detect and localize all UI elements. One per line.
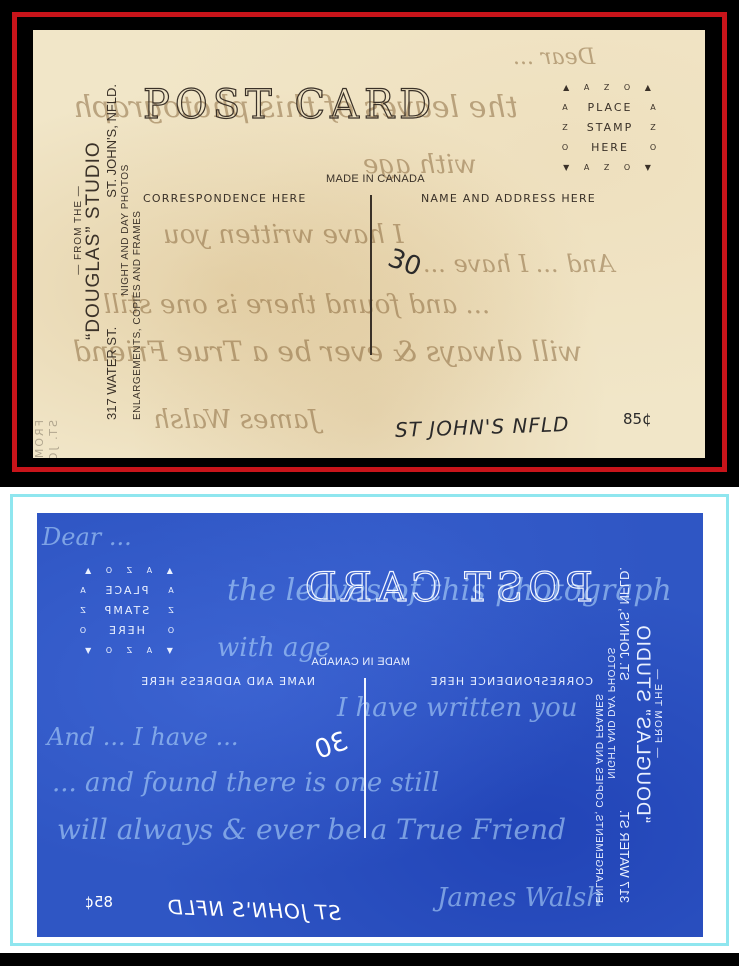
inv-post-card-title: POST CARD <box>300 565 593 611</box>
center-divider <box>370 195 372 355</box>
stamp-border-top: ▲ A Z O ▲ <box>560 78 660 98</box>
inv-stamp-row-top: ▲ A Z O ▲ <box>76 561 176 581</box>
inv-pencil-number: 30 <box>311 726 352 766</box>
inv-pencil-location: ST JOHN'S NFLD <box>166 895 341 925</box>
stamp-edge-left: A <box>560 98 572 118</box>
stamp-row-here: OHEREO <box>560 138 660 158</box>
inverted-postcard: Dear ... the leaves of this photograph w… <box>37 513 703 937</box>
inv-ghost-imprint-line1: FROM THE DOUGLAS CO., <box>701 563 703 903</box>
inv-ghost-imprint: FROM THE DOUGLAS CO., ST. JOHN'S, NFLD. <box>701 563 703 903</box>
ghost-imprint-line1: FROM THE DOUGLAS CO., <box>33 420 47 458</box>
inv-stamp-label-place: PLACE <box>88 581 164 601</box>
inv-pencil-price: 85¢ <box>84 893 113 911</box>
inv-imprint-street: 317 WATER ST. <box>616 810 632 903</box>
bleed-line-4: I have written you <box>163 220 404 250</box>
inv-correspondence-label: CORRESPONDENCE HERE <box>430 675 593 688</box>
inv-stamp-edge-left: A <box>164 581 176 601</box>
stamp-label-here: HERE <box>572 138 648 158</box>
inv-stamp-edge-left: O <box>164 621 176 641</box>
inv-imprint-from-the: — FROM THE — <box>652 563 663 903</box>
inv-stamp-border-top: ▲ A Z O ▲ <box>76 561 176 581</box>
post-card-title: POST CARD <box>143 82 436 128</box>
inv-address-label: NAME AND ADDRESS HERE <box>140 675 315 688</box>
imprint-street: 317 WATER ST. <box>104 327 120 420</box>
made-in-canada: MADE IN CANADA <box>326 173 425 185</box>
stamp-edge-right: O <box>648 138 660 158</box>
inv-stamp-row-bottom: ▼ A Z O ▼ <box>76 641 176 661</box>
inv-stamp-row-stamp: ZSTAMPZ <box>76 601 176 621</box>
inv-stamp-edge-left: Z <box>164 601 176 621</box>
inv-stamp-label-here: HERE <box>88 621 164 641</box>
stamp-row-top: ▲ A Z O ▲ <box>560 78 660 98</box>
inv-stamp-edge-right: Z <box>76 601 88 621</box>
inv-imprint-address-row: 317 WATER ST. ST. JOHN'S, NFLD. <box>616 563 632 903</box>
correspondence-label: CORRESPONDENCE HERE <box>143 192 306 205</box>
stamp-row-bottom: ▼ A Z O ▼ <box>560 158 660 178</box>
stamp-border-bottom: ▼ A Z O ▼ <box>560 158 660 178</box>
stamp-row-place: APLACEA <box>560 98 660 118</box>
inv-place-stamp-box: ▲ A Z O ▲ APLACEA ZSTAMPZ OHEREO ▼ A Z O… <box>76 561 176 661</box>
inv-center-divider <box>365 678 367 838</box>
original-postcard: Dear ... the leaves of this photograph w… <box>33 30 705 458</box>
bleed-line-5: And ... I have ... <box>423 250 614 278</box>
inv-stamp-edge-right: O <box>76 621 88 641</box>
inv-stamp-row-here: OHEREO <box>76 621 176 641</box>
inv-imprint-studio-name: “DOUGLAS” STUDIO <box>632 563 652 903</box>
bleed-signature: James Walsh <box>153 405 319 435</box>
inv-imprint-tagline: NIGHT AND DAY PHOTOS <box>604 563 616 903</box>
imprint-tagline: NIGHT AND DAY PHOTOS <box>120 80 132 420</box>
mirrored-print-layer: — FROM THE — “DOUGLAS” STUDIO 317 WATER … <box>37 513 703 937</box>
inv-studio-imprint: — FROM THE — “DOUGLAS” STUDIO 317 WATER … <box>563 563 663 903</box>
imprint-address-row: 317 WATER ST. ST. JOHN'S, NFLD. <box>104 80 120 420</box>
stamp-row-stamp: ZSTAMPZ <box>560 118 660 138</box>
studio-imprint: — FROM THE — “DOUGLAS” STUDIO 317 WATER … <box>73 80 173 420</box>
pencil-number: 30 <box>384 243 425 283</box>
inv-imprint-city: ST. JOHN'S, NFLD. <box>616 567 632 681</box>
bleed-line-1: Dear ... <box>513 45 595 70</box>
inv-made-in-canada: MADE IN CANADA <box>311 656 410 668</box>
inv-stamp-label-stamp: STAMP <box>88 601 164 621</box>
pencil-location: ST JOHN'S NFLD <box>395 412 570 442</box>
inv-stamp-border-bottom: ▼ A Z O ▼ <box>76 641 176 661</box>
stamp-edge-right: A <box>648 98 660 118</box>
address-label: NAME AND ADDRESS HERE <box>421 192 596 205</box>
inv-stamp-row-place: APLACEA <box>76 581 176 601</box>
pencil-price: 85¢ <box>623 410 652 428</box>
imprint-studio-name: “DOUGLAS” STUDIO <box>84 80 104 420</box>
stamp-edge-left: Z <box>560 118 572 138</box>
imprint-services: ENLARGEMENTS, COPIES AND FRAMES <box>132 80 144 420</box>
ghost-imprint: FROM THE DOUGLAS CO., ST. JOHN'S, NFLD. <box>33 420 61 458</box>
stamp-edge-left: O <box>560 138 572 158</box>
stamp-label-stamp: STAMP <box>572 118 648 138</box>
stamp-edge-right: Z <box>648 118 660 138</box>
stamp-label-place: PLACE <box>572 98 648 118</box>
imprint-city: ST. JOHN'S, NFLD. <box>104 84 120 198</box>
place-stamp-box: ▲ A Z O ▲ APLACEA ZSTAMPZ OHEREO ▼ A Z O… <box>560 78 660 178</box>
inv-stamp-edge-right: A <box>76 581 88 601</box>
ghost-imprint-line2: ST. JOHN'S, NFLD. <box>47 420 61 458</box>
inv-imprint-services: ENLARGEMENTS, COPIES AND FRAMES <box>592 563 604 903</box>
